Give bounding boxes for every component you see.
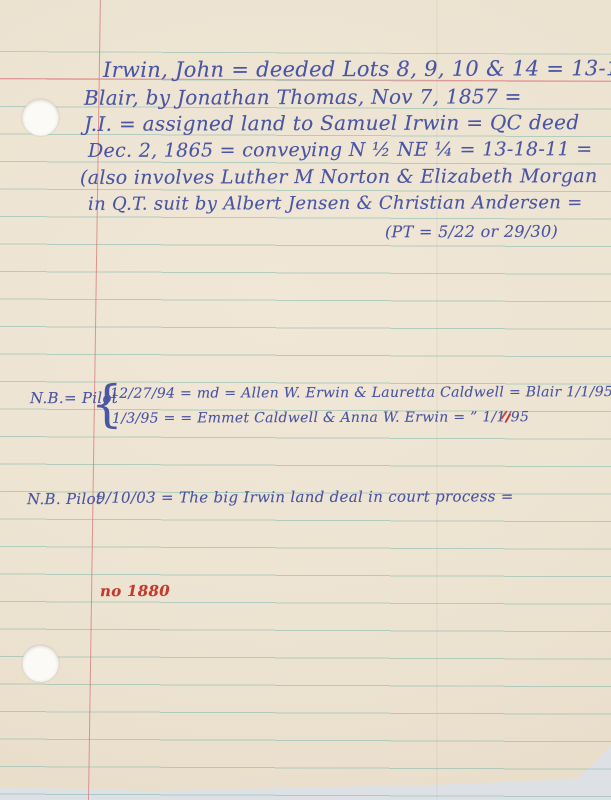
pilot-1903-text: 9/10/03 = The big Irwin land deal in cou… — [96, 487, 514, 506]
handwriting-line-3: J.I. = assigned land to Samuel Irwin = Q… — [84, 110, 579, 136]
scanned-notebook-page: Irwin, John = deeded Lots 8, 9, 10 & 14 … — [0, 0, 611, 800]
handwriting-line-7: (PT = 5/22 or 29/30) — [385, 222, 558, 242]
handwriting-line-6: in Q.T. suit by Albert Jensen & Christia… — [88, 192, 583, 215]
handwriting-line-1: Irwin, John = deeded Lots 8, 9, 10 & 14 … — [103, 56, 611, 82]
pilot-1894-row-1: 12/27/94 = md = Allen W. Erwin & Laurett… — [110, 384, 611, 402]
hole-punch-top — [22, 99, 59, 136]
red-annotation: no 1880 — [100, 582, 170, 600]
handwriting-line-4: Dec. 2, 1865 = conveying N ½ NE ¼ = 13-1… — [88, 138, 593, 162]
hole-punch-bottom — [22, 645, 59, 682]
handwriting-line-5: (also involves Luther M Norton & Elizabe… — [80, 165, 598, 189]
pilot-1903-source-label: N.B. Pilot — [27, 490, 102, 508]
pilot-1894-row-2: 1/3/95 = = Emmet Caldwell & Anna W. Erwi… — [112, 409, 529, 426]
handwriting-line-2: Blair, by Jonathan Thomas, Nov 7, 1857 = — [84, 84, 522, 110]
